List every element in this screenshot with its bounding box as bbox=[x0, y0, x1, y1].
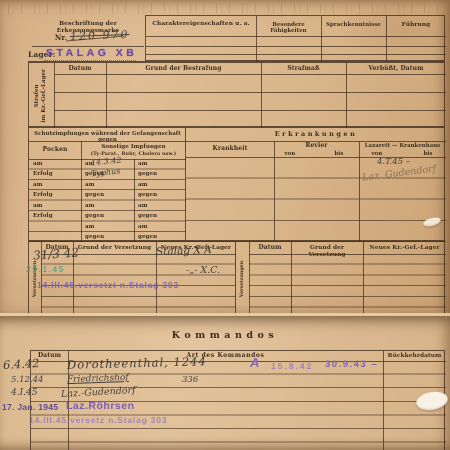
transfer-date-stamp-green: 23.1.45 bbox=[26, 265, 65, 274]
stamp-date-1: 15.8.42 bbox=[271, 362, 313, 371]
impf-label: am bbox=[138, 182, 148, 188]
kommandos-card: Kommandos Datum Art des Kommandos Rückke… bbox=[0, 316, 450, 450]
impfungen-col-pocken: Pocken bbox=[29, 147, 81, 154]
kommando-date-handwritten: 4.I.45 bbox=[11, 389, 37, 398]
row-line bbox=[54, 110, 446, 111]
kommando-date-handwritten: 5.12.44 bbox=[11, 376, 43, 385]
kommandos-title: Kommandos bbox=[120, 331, 330, 342]
row-line bbox=[146, 46, 446, 47]
stamp-date-2: 30.9.43 – bbox=[325, 360, 378, 370]
traits-header: Sprachkenntnisse bbox=[321, 22, 386, 28]
ver-header-grund: Grund der Versetzung bbox=[73, 245, 156, 252]
versetzungen-table-right: Versetzungen Datum Grund der Versetzung … bbox=[235, 240, 445, 316]
transfer-newcamp-ditto-handwritten: -„- X.C. bbox=[186, 266, 220, 276]
strafen-header-verbuesst: Verbüßt, Datum bbox=[346, 66, 446, 73]
row-line bbox=[146, 36, 446, 37]
erk-col-revier: Revier bbox=[274, 143, 359, 150]
strafen-header-strafmass: Strafmaß bbox=[261, 66, 346, 73]
impf-label: Erfolg bbox=[33, 192, 53, 198]
impf-label: gegen bbox=[138, 171, 157, 177]
strafen-side-label: Strafen im Kr.-Gef.-Lager bbox=[34, 64, 48, 128]
kommando-number-handwritten: 336 bbox=[182, 376, 198, 385]
versetzungen-side-label: Versetzungen bbox=[239, 241, 245, 317]
traits-header: Charaktereigenschaften u. a. bbox=[146, 21, 256, 28]
impf-label: am bbox=[33, 182, 43, 188]
impfungen-col-sonstige-sub: (Ty-Parat., Ruhr, Cholera usw.) bbox=[81, 152, 186, 158]
kommando-date-stamp: 17. Jan. 1945 bbox=[2, 403, 58, 412]
impf-label: am bbox=[85, 203, 95, 209]
ver-header-datum: Datum bbox=[249, 245, 291, 252]
transfer-stamp-purple: 14.III.45.versetzt n.Stalag 303 bbox=[37, 281, 179, 290]
kom-header-rueckkehr: Rückkehrdatum bbox=[383, 353, 446, 360]
erk-col-krankheit: Krankheit bbox=[186, 146, 274, 153]
strafen-side-line2: im Kr.-Gef.-Lager bbox=[41, 69, 47, 122]
transfer-newcamp-handwritten: Stalag X A bbox=[156, 245, 212, 257]
transfer-date-handwritten: 31/3 42 bbox=[33, 246, 80, 261]
stalag-stamp: STALAG XB bbox=[46, 48, 137, 59]
impf-label: am bbox=[138, 161, 148, 167]
erk-col-lazarett: Lazarett — Krankenhaus bbox=[359, 143, 446, 149]
traits-table: Charaktereigenschaften u. a. Besondere F… bbox=[145, 15, 445, 61]
title-line bbox=[29, 141, 186, 142]
ver-header-lager: Neues Kr.-Gef.-Lager bbox=[363, 245, 446, 252]
header-line bbox=[54, 74, 446, 75]
row-lines bbox=[249, 254, 446, 318]
transfer-stamp-purple: 14.III.45.versetz n.Stalag 303 bbox=[29, 416, 167, 425]
strafen-table: Strafen im Kr.-Gef.-Lager Datum Grund de… bbox=[28, 61, 445, 126]
impf-label: Erfolg bbox=[33, 171, 53, 177]
erkrankungen-table: Erkrankungen Krankheit Revier von bis La… bbox=[185, 126, 445, 240]
lazarett-entry-date-handwritten: 4.T.45 – bbox=[377, 158, 410, 167]
kommando-date-handwritten: 6.4.42 bbox=[3, 358, 40, 371]
impf-label: gegen bbox=[138, 213, 157, 219]
scanned-pow-record: { "colors": { "stamp_purple":"#7a5cb2", … bbox=[0, 0, 450, 450]
impf-label: am bbox=[85, 182, 95, 188]
impf-label: am bbox=[138, 224, 148, 230]
traits-header: Führung bbox=[386, 22, 446, 29]
impf-label: am bbox=[138, 203, 148, 209]
impf-label: Erfolg bbox=[33, 213, 53, 219]
stamp-letter-a: A bbox=[250, 356, 259, 369]
impf-label: am bbox=[33, 161, 43, 167]
traits-header: Besondere Fähigkeiten bbox=[256, 22, 321, 34]
impfungen-table: Schutzimpfungen während der Gefangenscha… bbox=[28, 126, 185, 240]
strafen-header-grund: Grund der Bestrafung bbox=[106, 66, 261, 73]
strafen-side-line1: Strafen bbox=[34, 84, 40, 107]
row-line bbox=[146, 54, 446, 55]
record-card-front: Beschriftung der Erkennungsmarke Nr. 120… bbox=[0, 0, 450, 316]
reverse-side-showthrough bbox=[8, 3, 442, 14]
row-line bbox=[54, 92, 446, 93]
strafen-header-datum: Datum bbox=[54, 66, 106, 73]
impf-label: gegen bbox=[85, 192, 104, 198]
kommando-place-stamp: Laz.Röhrsen bbox=[66, 401, 135, 412]
impf-label: am bbox=[85, 224, 95, 230]
impf-label: am bbox=[33, 203, 43, 209]
impf-label: gegen bbox=[85, 213, 104, 219]
erkrankungen-title: Erkrankungen bbox=[186, 131, 446, 138]
impf-label: gegen bbox=[138, 192, 157, 198]
impfungen-col-sonstige: Sonstige Impfungen bbox=[81, 144, 186, 150]
